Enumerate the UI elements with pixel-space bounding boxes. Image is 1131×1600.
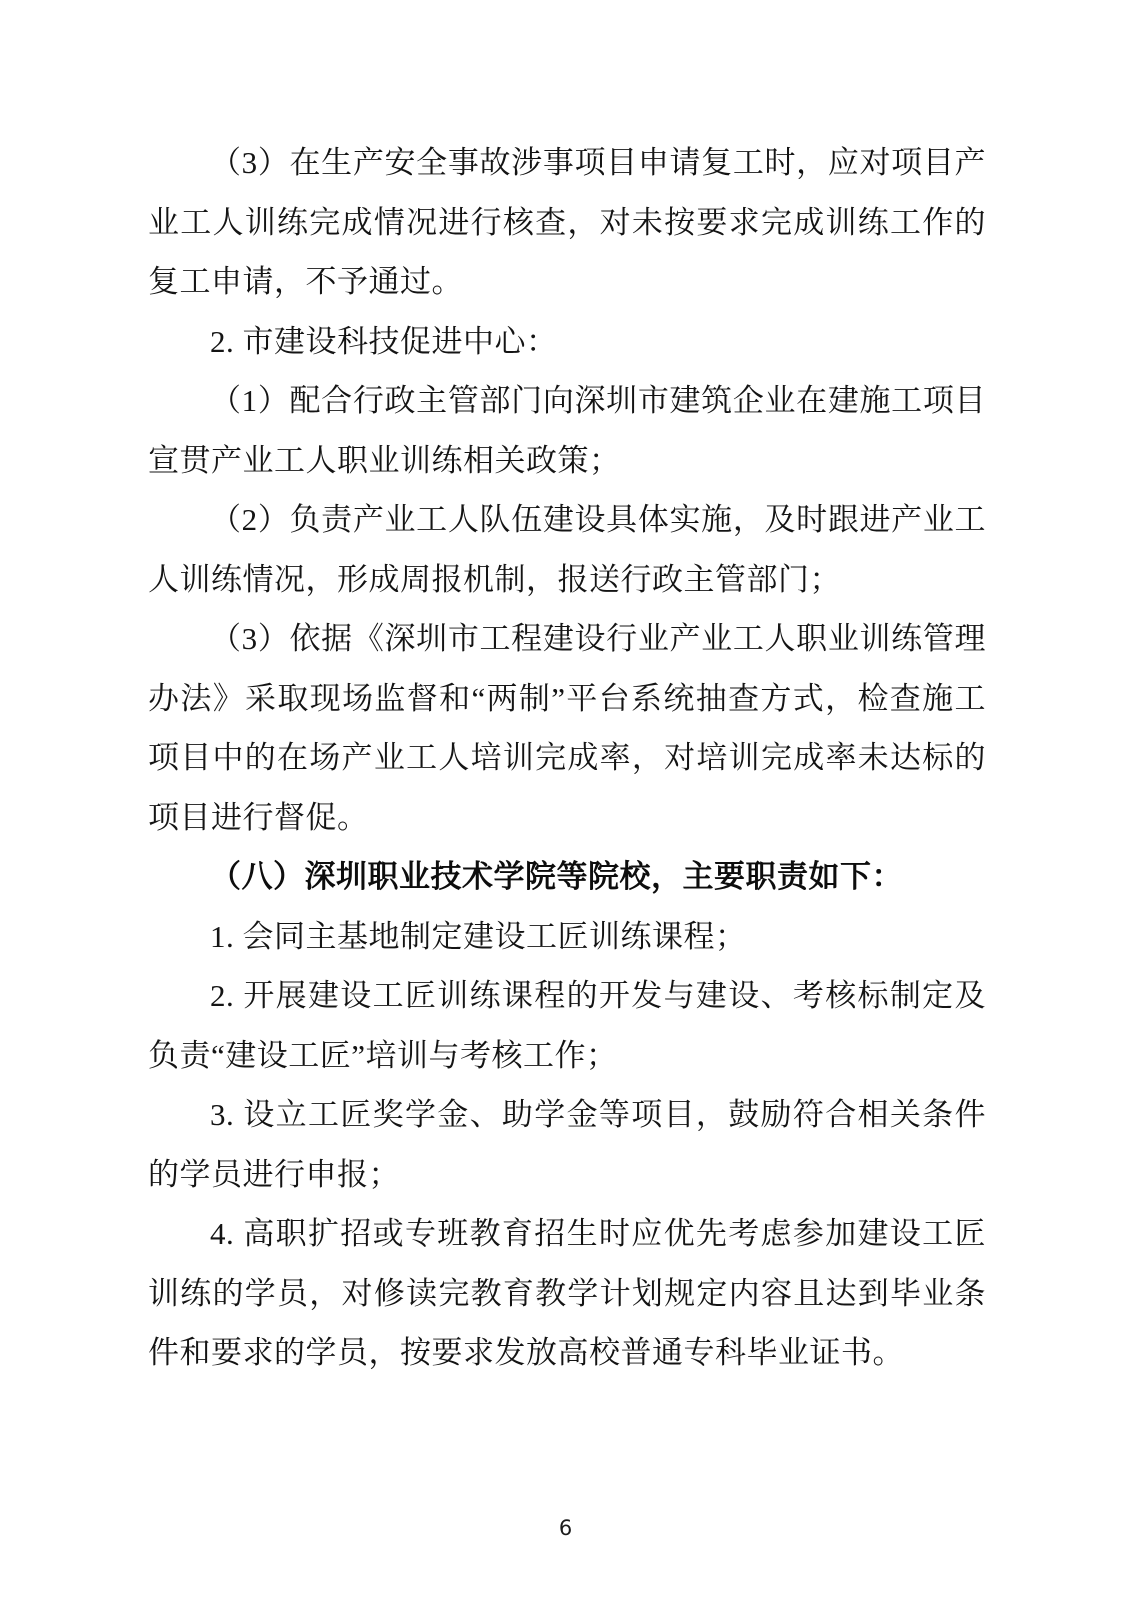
page-number: 6 bbox=[559, 1516, 572, 1540]
document-page: （3）在生产安全事故涉事项目申请复工时，应对项目产业工人训练完成情况进行核查，对… bbox=[0, 0, 1131, 1600]
paragraph: 3. 设立工匠奖学金、助学金等项目，鼓励符合相关条件的学员进行申报； bbox=[148, 1085, 986, 1204]
paragraph: 2. 市建设科技促进中心： bbox=[148, 312, 986, 372]
paragraph: （3）在生产安全事故涉事项目申请复工时，应对项目产业工人训练完成情况进行核查，对… bbox=[148, 133, 986, 312]
paragraph: 1. 会同主基地制定建设工匠训练课程； bbox=[148, 907, 986, 967]
paragraph: 4. 高职扩招或专班教育招生时应优先考虑参加建设工匠训练的学员，对修读完教育教学… bbox=[148, 1204, 986, 1383]
paragraph: （2）负责产业工人队伍建设具体实施，及时跟进产业工人训练情况，形成周报机制，报送… bbox=[148, 490, 986, 609]
document-body-text: （3）在生产安全事故涉事项目申请复工时，应对项目产业工人训练完成情况进行核查，对… bbox=[148, 133, 986, 1383]
paragraph: 2. 开展建设工匠训练课程的开发与建设、考核标制定及负责“建设工匠”培训与考核工… bbox=[148, 966, 986, 1085]
section-heading: （八）深圳职业技术学院等院校，主要职责如下： bbox=[148, 847, 986, 907]
paragraph: （1）配合行政主管部门向深圳市建筑企业在建施工项目宣贯产业工人职业训练相关政策； bbox=[148, 371, 986, 490]
paragraph: （3）依据《深圳市工程建设行业产业工人职业训练管理办法》采取现场监督和“两制”平… bbox=[148, 609, 986, 847]
page-footer: 6 bbox=[0, 1516, 1131, 1540]
